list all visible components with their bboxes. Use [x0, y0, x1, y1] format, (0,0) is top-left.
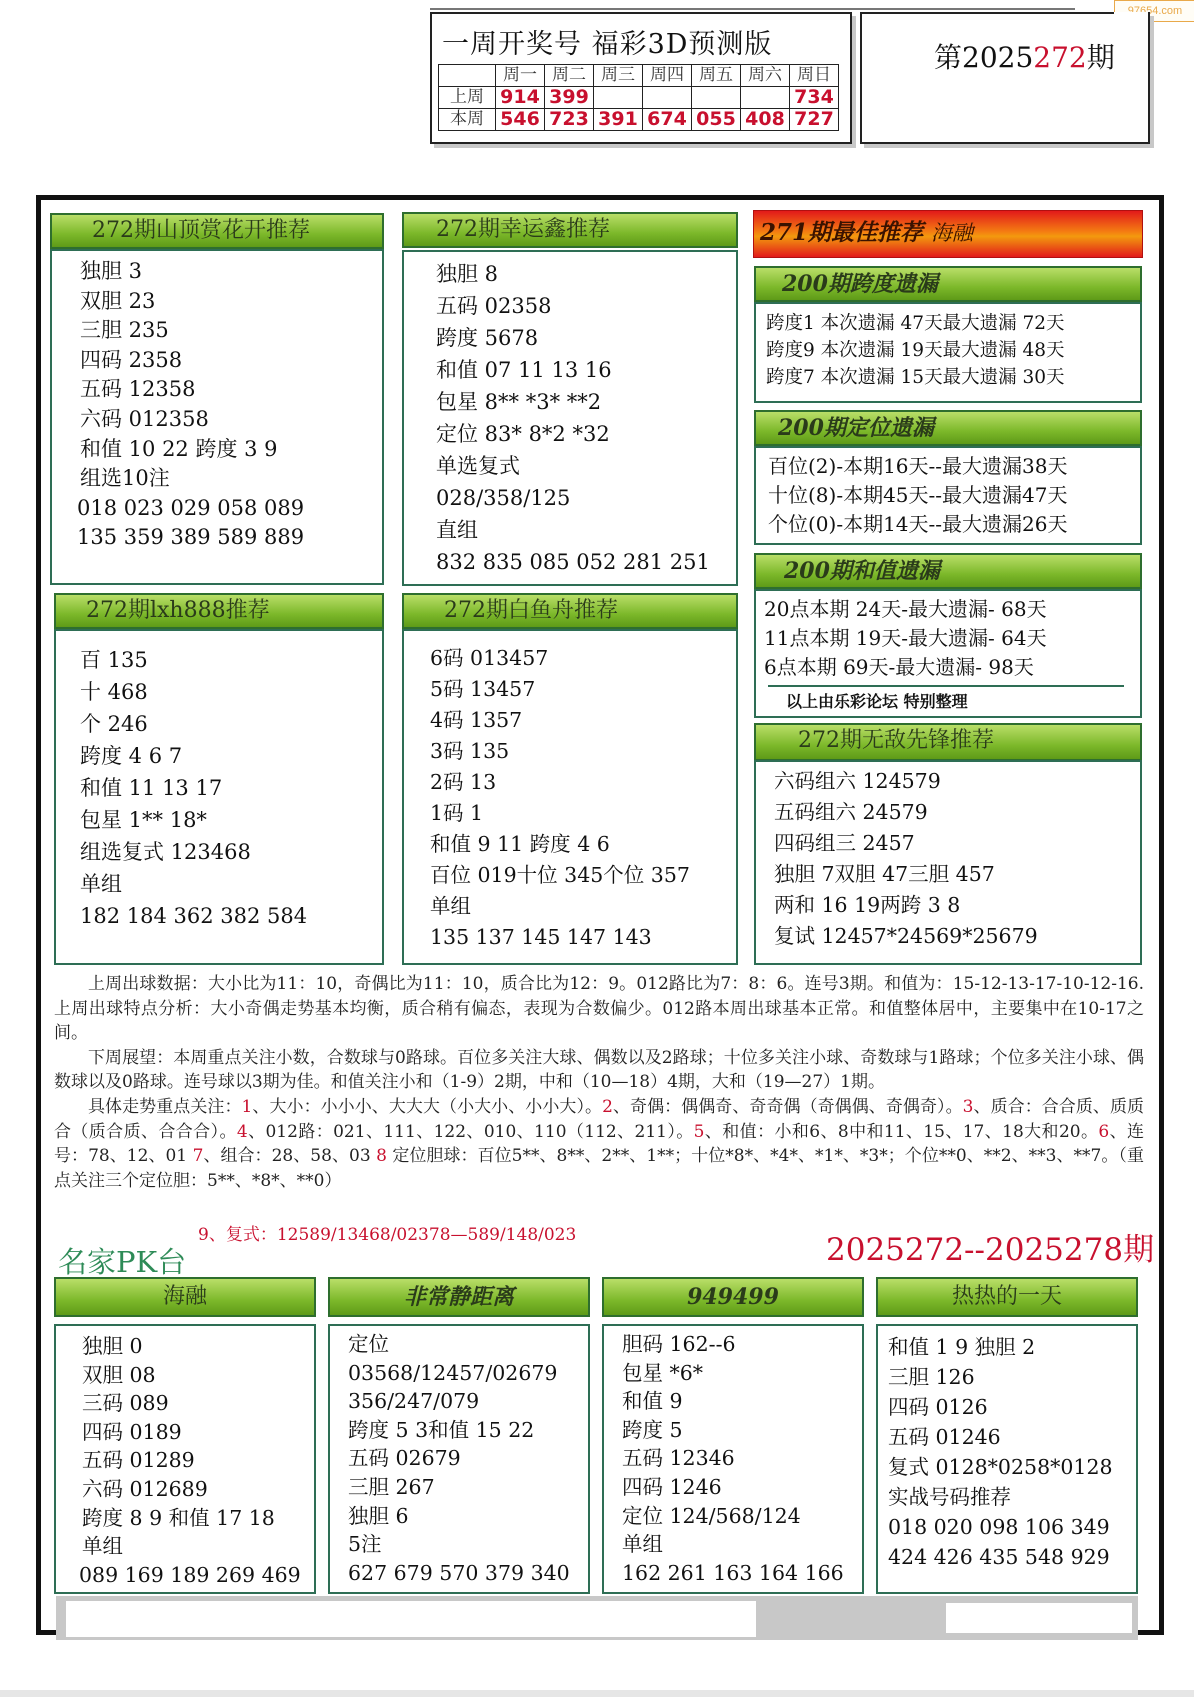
line: 4码 1357	[430, 705, 690, 736]
line: 十位(8)-本期45天--最大遗漏47天	[768, 481, 1068, 510]
box-body-pos-omit: 百位(2)-本期16天--最大遗漏38天 十位(8)-本期45天--最大遗漏47…	[754, 446, 1142, 545]
focus-text: 、012路：021、111、122、010、110（112、211）。	[248, 1122, 694, 1142]
row-label: 上周	[439, 87, 496, 109]
line: 135 359 389 589 889	[77, 523, 304, 553]
draw-number: 674	[643, 109, 692, 131]
draw-number: 914	[496, 87, 545, 109]
pk-body-rere: 和值 1 9 独胆 2 三胆 126 四码 0126 五码 01246 复式 0…	[876, 1324, 1138, 1594]
line: 实战号码推荐	[888, 1482, 1113, 1512]
line: 182 184 362 382 584	[80, 900, 307, 932]
page-bottom-strip	[0, 1690, 1194, 1697]
draw-number: 727	[790, 109, 839, 131]
draw-number: 723	[545, 109, 594, 131]
line: 跨度 5 3和值 15 22	[348, 1416, 570, 1445]
best-pick-banner: 271期最佳推荐 海融	[753, 210, 1143, 258]
top-divider	[430, 8, 1075, 10]
span-omit-lines: 跨度1 本次遗漏 47天最大遗漏 72天 跨度9 本次遗漏 19天最大遗漏 48…	[766, 310, 1065, 391]
focus-index: 7	[193, 1146, 204, 1166]
line: 双胆 08	[82, 1361, 301, 1390]
line: 跨度7 本次遗漏 15天最大遗漏 30天	[766, 364, 1065, 391]
line: 和值 11 13 17	[80, 772, 307, 804]
pk-lines: 胆码 162--6 包星 *6* 和值 9 跨度 5 五码 12346 四码 1…	[622, 1330, 844, 1587]
line: 百位 019十位 345个位 357	[430, 860, 690, 891]
day-header-row: 周一 周二 周三 周四 周五 周六 周日	[439, 65, 839, 87]
line: 028/358/125	[436, 482, 710, 514]
wudi-lines: 六码组六 124579 五码组六 24579 四码组三 2457 独胆 7双胆 …	[774, 766, 1038, 952]
baiyuzhou-lines: 6码 013457 5码 13457 4码 1357 3码 135 2码 13 …	[430, 643, 690, 953]
line: 018 020 098 106 349	[888, 1512, 1113, 1542]
credit-divider	[768, 685, 1124, 687]
weekly-draw-table: 周一 周二 周三 周四 周五 周六 周日 上周 914 399 734 本周 5…	[438, 64, 839, 131]
line: 独胆 7双胆 47三胆 457	[774, 859, 1038, 890]
box-header-span-omit: 200期跨度遗漏	[754, 266, 1142, 302]
line: 424 426 435 548 929	[888, 1542, 1113, 1572]
line: 832 835 085 052 281 251	[436, 546, 710, 578]
fushi-line: 9、复式：12589/13468/02378—589/148/023	[198, 1220, 576, 1245]
line: 627 679 570 379 340	[348, 1559, 570, 1588]
line: 组选复式 123468	[80, 836, 307, 868]
box-header-shanding: 272期山顶赏花开推荐	[50, 213, 384, 249]
line: 03568/12457/02679	[348, 1359, 570, 1388]
day-header: 周日	[790, 65, 839, 87]
credit-text: 以上由乐彩论坛 特别整理	[786, 689, 968, 712]
line: 162 261 163 164 166	[622, 1559, 844, 1588]
line: 四码 1246	[622, 1473, 844, 1502]
pk-header-hairong: 海融	[54, 1277, 316, 1317]
line: 独胆 0	[82, 1332, 301, 1361]
xingyun-lines: 独胆 8 五码 02358 跨度 5678 和值 07 11 13 16 包星 …	[436, 258, 710, 578]
focus-text: 、大小：小小小、大大大（小大小、小小大）。	[252, 1097, 602, 1117]
pk-section-title: 名家PK台	[58, 1240, 186, 1281]
box-header-xingyun: 272期幸运鑫推荐	[402, 212, 738, 248]
line: 跨度 4 6 7	[80, 740, 307, 772]
issue-top-border	[862, 12, 1114, 14]
line: 6点本期 69天-最大遗漏- 98天	[764, 653, 1047, 682]
focus-text: 、奇偶：偶偶奇、奇奇偶（奇偶偶、奇偶奇）。	[613, 1097, 963, 1117]
focus-text: 、和值：小和6、8中和11、15、17、18大和20。	[705, 1122, 1099, 1142]
box-header-wudi: 272期无敌先锋推荐	[754, 723, 1142, 761]
line: 包星 *6*	[622, 1359, 844, 1388]
line: 两和 16 19两跨 3 8	[774, 890, 1038, 921]
draw-number	[741, 87, 790, 109]
line: 双胆 23	[80, 287, 304, 317]
period-range: 2025272--2025278期	[826, 1224, 1154, 1269]
line: 3码 135	[430, 736, 690, 767]
weekly-draw-title: 一周开奖号 福彩3D预测版	[442, 22, 772, 61]
line: 三胆 126	[888, 1362, 1113, 1392]
focus-index: 2	[602, 1097, 613, 1117]
best-pick-title: 271期最佳推荐	[760, 219, 923, 246]
box-body-lxh888: 百 135 十 468 个 246 跨度 4 6 7 和值 11 13 17 包…	[54, 629, 384, 965]
weekly-draw-panel: 一周开奖号 福彩3D预测版 周一 周二 周三 周四 周五 周六 周日 上周 91…	[430, 12, 852, 144]
pk-lines: 定位 03568/12457/02679 356/247/079 跨度 5 3和…	[348, 1330, 570, 1587]
pk-header-949499: 949499	[602, 1277, 864, 1317]
row-label: 本周	[439, 109, 496, 131]
line: 三胆 235	[80, 316, 304, 346]
line: 5注	[348, 1530, 570, 1559]
best-pick-author: 海融	[931, 221, 973, 245]
draw-number: 734	[790, 87, 839, 109]
box-body-xingyun: 独胆 8 五码 02358 跨度 5678 和值 07 11 13 16 包星 …	[402, 250, 738, 586]
line: 2码 13	[430, 767, 690, 798]
analysis-section: 上周出球数据：大小比为11：10，奇偶比为11：10，质合比为12：9。012路…	[54, 972, 1144, 1193]
draw-number: 391	[594, 109, 643, 131]
focus-index: 8	[376, 1146, 387, 1166]
line: 五码 12358	[80, 375, 304, 405]
line: 组选10注	[80, 464, 304, 494]
draw-number: 055	[692, 109, 741, 131]
line: 六码 012358	[80, 405, 304, 435]
line: 三码 089	[82, 1389, 301, 1418]
line: 十 468	[80, 676, 307, 708]
line: 定位 83* 8*2 *32	[436, 418, 710, 450]
issue-suffix: 期	[1087, 41, 1115, 74]
line: 六码组六 124579	[774, 766, 1038, 797]
line: 五码 12346	[622, 1444, 844, 1473]
focus-index: 1	[242, 1097, 253, 1117]
line: 胆码 162--6	[622, 1330, 844, 1359]
line: 四码 2358	[80, 346, 304, 376]
issue-title: 第2025272期	[934, 36, 1115, 76]
pk-body-949499: 胆码 162--6 包星 *6* 和值 9 跨度 5 五码 12346 四码 1…	[602, 1324, 864, 1594]
analysis-focus: 具体走势重点关注：1、大小：小小小、大大大（小大小、小小大）。2、奇偶：偶偶奇、…	[54, 1095, 1144, 1193]
line: 单选复式	[436, 450, 710, 482]
line: 和值 07 11 13 16	[436, 354, 710, 386]
line: 百位(2)-本期16天--最大遗漏38天	[768, 452, 1068, 481]
line: 1码 1	[430, 798, 690, 829]
line: 跨度 8 9 和值 17 18	[82, 1504, 301, 1533]
box-header-sum-omit: 200期和值遗漏	[754, 553, 1142, 589]
pk-header-rere: 热热的一天	[876, 1277, 1138, 1317]
line: 五码 01246	[888, 1422, 1113, 1452]
line: 6码 013457	[430, 643, 690, 674]
line: 四码组三 2457	[774, 828, 1038, 859]
line: 和值 1 9 独胆 2	[888, 1332, 1113, 1362]
line: 五码组六 24579	[774, 797, 1038, 828]
draw-number: 408	[741, 109, 790, 131]
box-body-wudi: 六码组六 124579 五码组六 24579 四码组三 2457 独胆 7双胆 …	[754, 760, 1142, 965]
box-header-lxh888: 272期lxh888推荐	[54, 593, 384, 629]
line: 复试 12457*24569*25679	[774, 921, 1038, 952]
line: 五码 01289	[82, 1446, 301, 1475]
issue-prefix: 第2025	[934, 41, 1033, 74]
draw-number: 546	[496, 109, 545, 131]
line: 单组	[82, 1532, 301, 1561]
focus-index: 4	[237, 1122, 248, 1142]
day-header: 周六	[741, 65, 790, 87]
line: 直组	[436, 514, 710, 546]
line: 个 246	[80, 708, 307, 740]
line: 和值 9 11 跨度 4 6	[430, 829, 690, 860]
line: 跨度1 本次遗漏 47天最大遗漏 72天	[766, 310, 1065, 337]
day-header: 周五	[692, 65, 741, 87]
line: 和值 10 22 跨度 3 9	[80, 435, 304, 465]
analysis-last-week: 上周出球数据：大小比为11：10，奇偶比为11：10，质合比为12：9。012路…	[54, 972, 1144, 1046]
line: 三胆 267	[348, 1473, 570, 1502]
line: 个位(0)-本期14天--最大遗漏26天	[768, 510, 1068, 539]
pk-body-hairong: 独胆 0 双胆 08 三码 089 四码 0189 五码 01289 六码 01…	[54, 1324, 316, 1594]
box-header-baiyuzhou: 272期白鱼舟推荐	[402, 593, 738, 629]
line: 独胆 6	[348, 1502, 570, 1531]
sum-omit-lines: 20点本期 24天-最大遗漏- 68天 11点本期 19天-最大遗漏- 64天 …	[764, 595, 1047, 682]
box-header-pos-omit: 200期定位遗漏	[754, 410, 1142, 446]
line: 定位 124/568/124	[622, 1502, 844, 1531]
last-week-row: 上周 914 399 734	[439, 87, 839, 109]
draw-number	[594, 87, 643, 109]
line: 跨度 5	[622, 1416, 844, 1445]
line: 独胆 8	[436, 258, 710, 290]
line: 和值 9	[622, 1387, 844, 1416]
pk-header-jingjuli: 非常静距离	[328, 1277, 590, 1317]
line: 135 137 145 147 143	[430, 922, 690, 953]
draw-number	[643, 87, 692, 109]
line: 独胆 3	[80, 257, 304, 287]
box-body-span-omit: 跨度1 本次遗漏 47天最大遗漏 72天 跨度9 本次遗漏 19天最大遗漏 48…	[754, 302, 1142, 403]
line: 20点本期 24天-最大遗漏- 68天	[764, 595, 1047, 624]
line: 包星 1** 18*	[80, 804, 307, 836]
line: 五码 02679	[348, 1444, 570, 1473]
footer-blank-right	[946, 1603, 1132, 1633]
line: 018 023 029 058 089	[77, 494, 304, 524]
line: 单组	[430, 891, 690, 922]
line: 五码 02358	[436, 290, 710, 322]
draw-number: 399	[545, 87, 594, 109]
box-body-sum-omit: 20点本期 24天-最大遗漏- 68天 11点本期 19天-最大遗漏- 64天 …	[754, 589, 1142, 718]
line: 四码 0189	[82, 1418, 301, 1447]
box-body-shanding: 独胆 3 双胆 23 三胆 235 四码 2358 五码 12358 六码 01…	[50, 249, 384, 585]
line: 百 135	[80, 644, 307, 676]
line: 单组	[80, 868, 307, 900]
focus-index: 6	[1098, 1122, 1109, 1142]
analysis-next-week: 下周展望：本周重点关注小数，合数球与0路球。百位多关注大球、偶数以及2路球；十位…	[54, 1046, 1144, 1095]
pk-lines: 独胆 0 双胆 08 三码 089 四码 0189 五码 01289 六码 01…	[82, 1332, 301, 1589]
footer-blank-left	[66, 1601, 756, 1637]
line: 5码 13457	[430, 674, 690, 705]
focus-text: 具体走势重点关注：	[88, 1097, 242, 1117]
pk-body-jingjuli: 定位 03568/12457/02679 356/247/079 跨度 5 3和…	[328, 1324, 590, 1594]
focus-index: 3	[963, 1097, 974, 1117]
day-header: 周二	[545, 65, 594, 87]
day-header: 周四	[643, 65, 692, 87]
line: 跨度9 本次遗漏 19天最大遗漏 48天	[766, 337, 1065, 364]
issue-panel: 第2025272期	[860, 12, 1150, 144]
line: 356/247/079	[348, 1387, 570, 1416]
focus-text: 、组合：28、58、03	[203, 1146, 376, 1166]
line: 四码 0126	[888, 1392, 1113, 1422]
day-header: 周一	[496, 65, 545, 87]
line: 定位	[348, 1330, 570, 1359]
issue-number: 272	[1033, 41, 1086, 74]
line: 包星 8** *3* **2	[436, 386, 710, 418]
box-body-baiyuzhou: 6码 013457 5码 13457 4码 1357 3码 135 2码 13 …	[402, 629, 738, 965]
line: 089 169 189 269 469	[79, 1561, 301, 1590]
pos-omit-lines: 百位(2)-本期16天--最大遗漏38天 十位(8)-本期45天--最大遗漏47…	[768, 452, 1068, 539]
line: 复式 0128*0258*0128	[888, 1452, 1113, 1482]
focus-index: 5	[694, 1122, 705, 1142]
lxh888-lines: 百 135 十 468 个 246 跨度 4 6 7 和值 11 13 17 包…	[80, 644, 307, 932]
draw-number	[692, 87, 741, 109]
line: 跨度 5678	[436, 322, 710, 354]
shanding-lines: 独胆 3 双胆 23 三胆 235 四码 2358 五码 12358 六码 01…	[80, 257, 304, 553]
this-week-row: 本周 546 723 391 674 055 408 727	[439, 109, 839, 131]
line: 六码 012689	[82, 1475, 301, 1504]
line: 11点本期 19天-最大遗漏- 64天	[764, 624, 1047, 653]
pk-lines: 和值 1 9 独胆 2 三胆 126 四码 0126 五码 01246 复式 0…	[888, 1332, 1113, 1572]
corner-cell	[439, 65, 496, 87]
day-header: 周三	[594, 65, 643, 87]
line: 单组	[622, 1530, 844, 1559]
